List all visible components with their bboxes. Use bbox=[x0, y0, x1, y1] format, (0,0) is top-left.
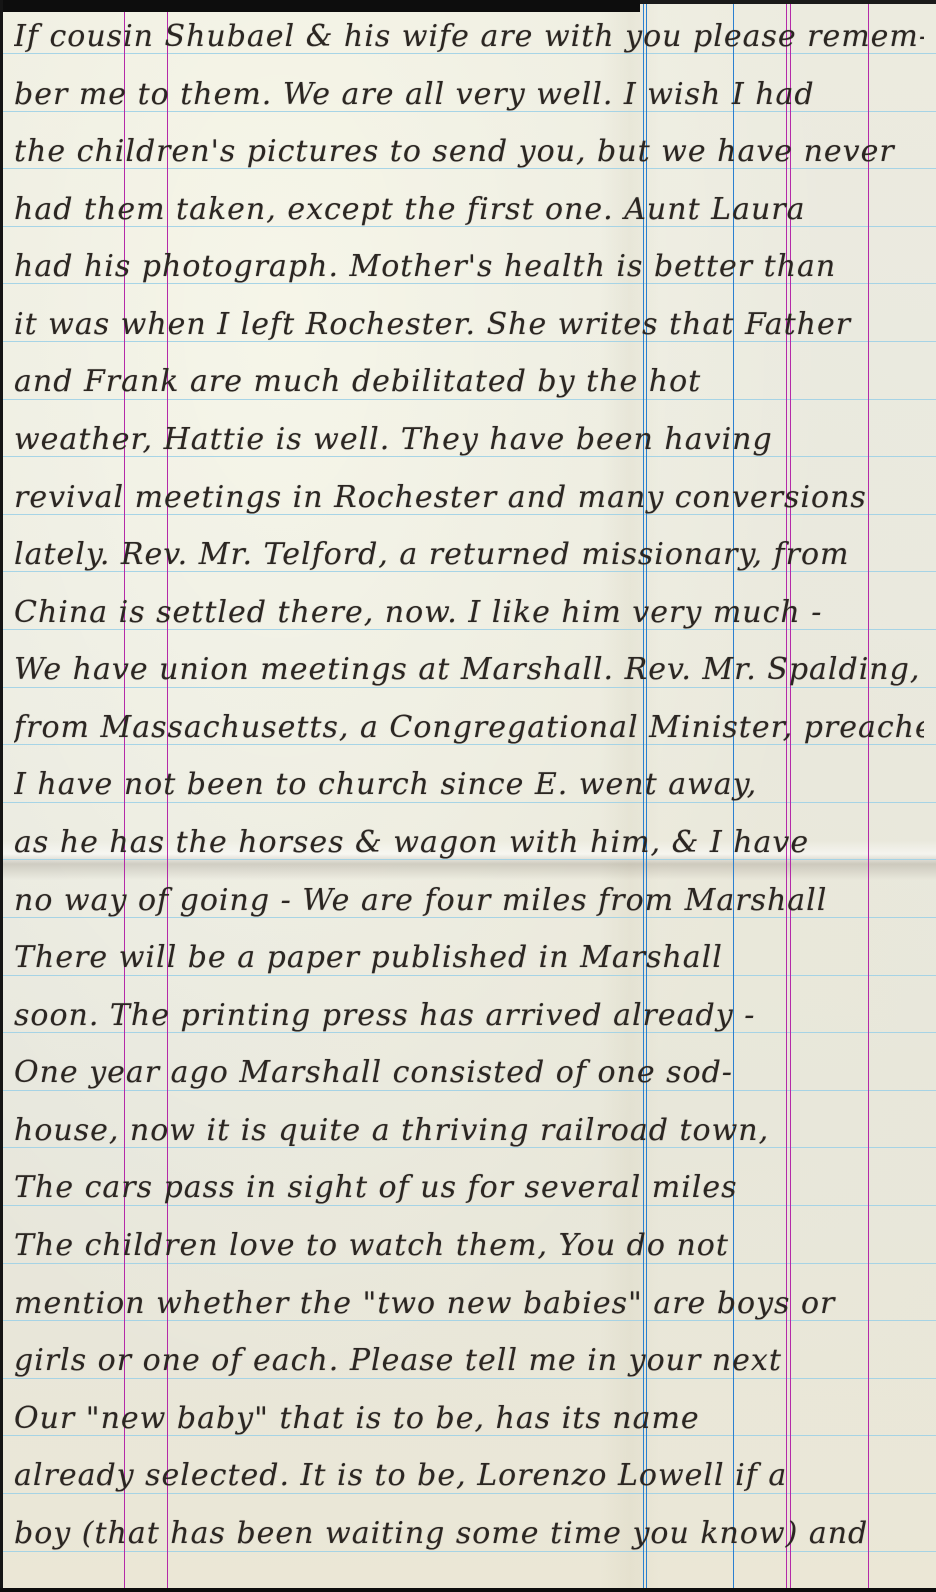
letter-page: If cousin Shubael & his wife are with yo… bbox=[0, 0, 936, 1592]
text-line: and Frank are much debilitated by the ho… bbox=[14, 357, 924, 407]
text-line: the children's pictures to send you, but… bbox=[14, 127, 924, 177]
text-line: already selected. It is to be, Lorenzo L… bbox=[14, 1451, 924, 1501]
text-line: boy (that has been waiting some time you… bbox=[14, 1509, 924, 1559]
text-line: had his photograph. Mother's health is b… bbox=[14, 242, 924, 292]
text-line: The cars pass in sight of us for several… bbox=[14, 1163, 924, 1213]
scan-edge-top-right bbox=[640, 0, 936, 4]
text-line: house, now it is quite a thriving railro… bbox=[14, 1106, 924, 1156]
text-line: There will be a paper published in Marsh… bbox=[14, 933, 924, 983]
text-line: as he has the horses & wagon with him, &… bbox=[14, 818, 924, 868]
text-line: I have not been to church since E. went … bbox=[14, 760, 924, 810]
text-line: We have union meetings at Marshall. Rev.… bbox=[14, 645, 924, 695]
scan-edge-left bbox=[0, 0, 3, 1592]
text-line: no way of going - We are four miles from… bbox=[14, 876, 924, 926]
text-line: mention whether the "two new babies" are… bbox=[14, 1279, 924, 1329]
text-line: weather, Hattie is well. They have been … bbox=[14, 415, 924, 465]
text-line: lately. Rev. Mr. Telford, a returned mis… bbox=[14, 530, 924, 580]
text-line: If cousin Shubael & his wife are with yo… bbox=[14, 12, 924, 62]
scan-edge-top bbox=[0, 0, 640, 12]
text-line: it was when I left Rochester. She writes… bbox=[14, 300, 924, 350]
text-line: The children love to watch them, You do … bbox=[14, 1221, 924, 1271]
text-line: from Massachusetts, a Congregational Min… bbox=[14, 703, 924, 753]
text-line: China is settled there, now. I like him … bbox=[14, 588, 924, 638]
text-line: One year ago Marshall consisted of one s… bbox=[14, 1048, 924, 1098]
text-line: girls or one of each. Please tell me in … bbox=[14, 1336, 924, 1386]
text-line: had them taken, except the first one. Au… bbox=[14, 185, 924, 235]
text-line: revival meetings in Rochester and many c… bbox=[14, 473, 924, 523]
scan-edge-bottom bbox=[0, 1588, 936, 1592]
text-line: soon. The printing press has arrived alr… bbox=[14, 991, 924, 1041]
text-line: Our "new baby" that is to be, has its na… bbox=[14, 1394, 924, 1444]
text-line: ber me to them. We are all very well. I … bbox=[14, 70, 924, 120]
